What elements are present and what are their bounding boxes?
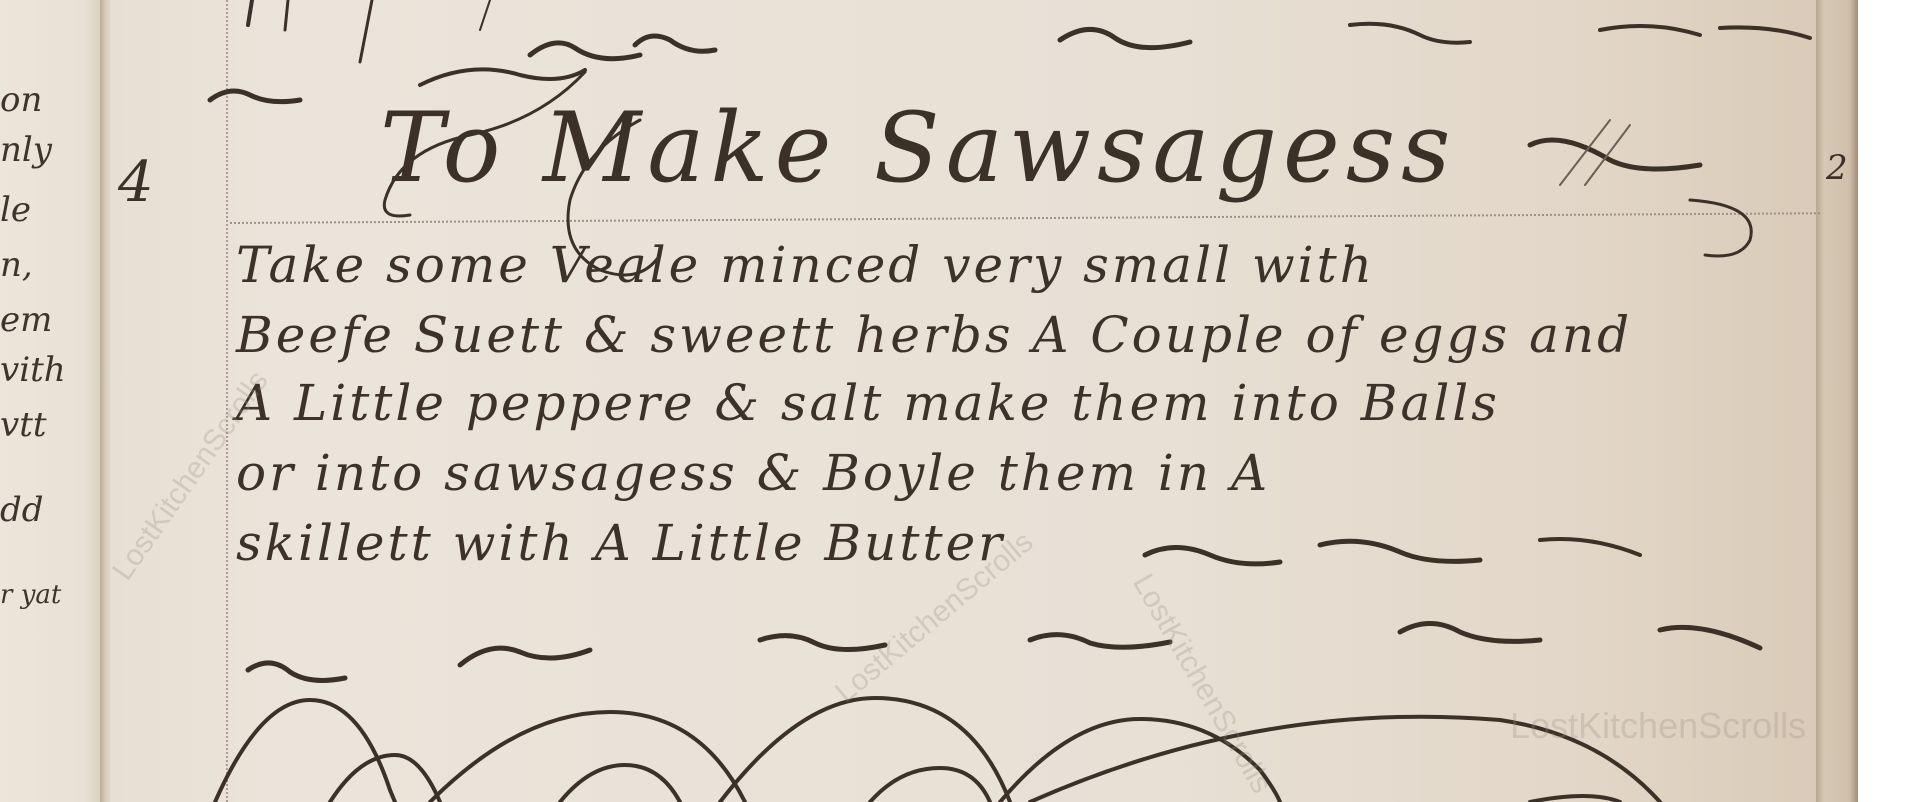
recipe-title: To Make Sawsagess <box>380 100 1456 196</box>
left-page-word: nly <box>0 130 52 170</box>
left-page-edge: on nly le n, em vith vtt dd r yat <box>0 0 104 802</box>
left-page-word: vith <box>0 350 66 390</box>
page-number-right: 2 <box>1826 148 1848 188</box>
recipe-line: Beefe Suett & sweett herbs A Couple of e… <box>236 310 1632 360</box>
recipe-line: Take some Veale minced very small with <box>236 240 1375 290</box>
left-page-word: on <box>0 80 42 120</box>
left-page-word: dd <box>0 490 44 530</box>
page-number-left: 4 <box>118 150 154 215</box>
left-page-word: le <box>0 190 31 230</box>
recipe-line: A Little peppere & salt make them into B… <box>236 378 1500 428</box>
left-page-word: em <box>0 300 52 340</box>
manuscript-scan: on nly le n, em vith vtt dd r yat <box>0 0 1920 802</box>
left-page-word: n, <box>0 245 33 285</box>
page-edge-fold <box>1816 0 1858 802</box>
watermark: LostKitchenScrolls <box>1510 705 1806 747</box>
left-page-word: vtt <box>0 405 47 445</box>
recipe-line: or into sawsagess & Boyle them in A <box>236 448 1270 498</box>
left-page-word: r yat <box>0 580 61 610</box>
recipe-line: skillett with A Little Butter <box>236 518 1005 568</box>
